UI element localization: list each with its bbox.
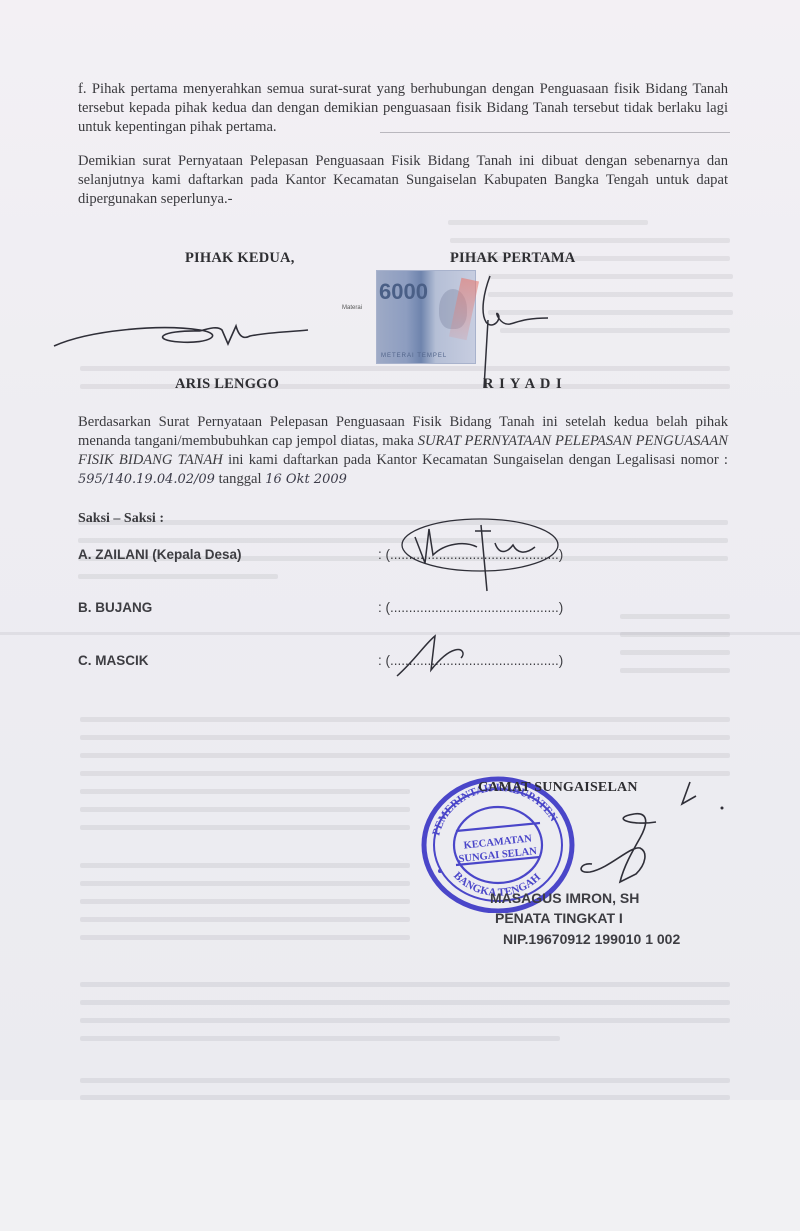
official-nip: NIP.19670912 199010 1 002 bbox=[503, 931, 680, 947]
witness-b-signature-line: : (.....................................… bbox=[378, 600, 563, 615]
signature-zailani bbox=[395, 515, 565, 595]
signature-riyadi bbox=[470, 272, 560, 392]
witness-c-label: C. MASCIK bbox=[78, 653, 149, 668]
signature-aris-lenggo bbox=[50, 300, 310, 360]
legalization-date: 16 Okt 2009 bbox=[265, 472, 347, 487]
party-second-heading: PIHAK KEDUA, bbox=[185, 250, 295, 267]
scanned-document-page: f. Pihak pertama menyerahkan semua surat… bbox=[0, 0, 800, 1100]
party-second-name: ARIS LENGGO bbox=[175, 376, 279, 393]
underline-rule bbox=[380, 132, 730, 133]
official-rank: PENATA TINGKAT I bbox=[495, 910, 623, 926]
duty-stamp-value: 6000 bbox=[379, 279, 428, 305]
date-label: tanggal bbox=[219, 471, 262, 487]
duty-stamp-footer: METERAI TEMPEL bbox=[381, 353, 447, 359]
duty-stamp-label: Materai bbox=[342, 305, 362, 311]
witnesses-heading: Saksi – Saksi : bbox=[78, 509, 164, 528]
official-name: MASAGUS IMRON, SH bbox=[490, 890, 639, 906]
signature-mascik bbox=[395, 630, 495, 680]
witness-b-label: B. BUJANG bbox=[78, 600, 152, 615]
legalization-number: 595/140.19.04.02/09 bbox=[78, 472, 215, 487]
registration-paragraph: Berdasarkan Surat Pernyataan Pelepasan P… bbox=[78, 413, 728, 489]
duty-stamp: 6000 METERAI TEMPEL bbox=[376, 270, 476, 364]
paragraph-f: f. Pihak pertama menyerahkan semua surat… bbox=[78, 80, 728, 137]
party-first-name: R I Y A D I bbox=[483, 376, 563, 393]
closing-paragraph: Demikian surat Pernyataan Pelepasan Peng… bbox=[78, 152, 728, 209]
empty-background-area bbox=[0, 1100, 800, 1231]
witness-a-label: A. ZAILANI (Kepala Desa) bbox=[78, 547, 242, 562]
party-first-heading: PIHAK PERTAMA bbox=[450, 250, 575, 267]
signature-camat bbox=[540, 778, 730, 898]
